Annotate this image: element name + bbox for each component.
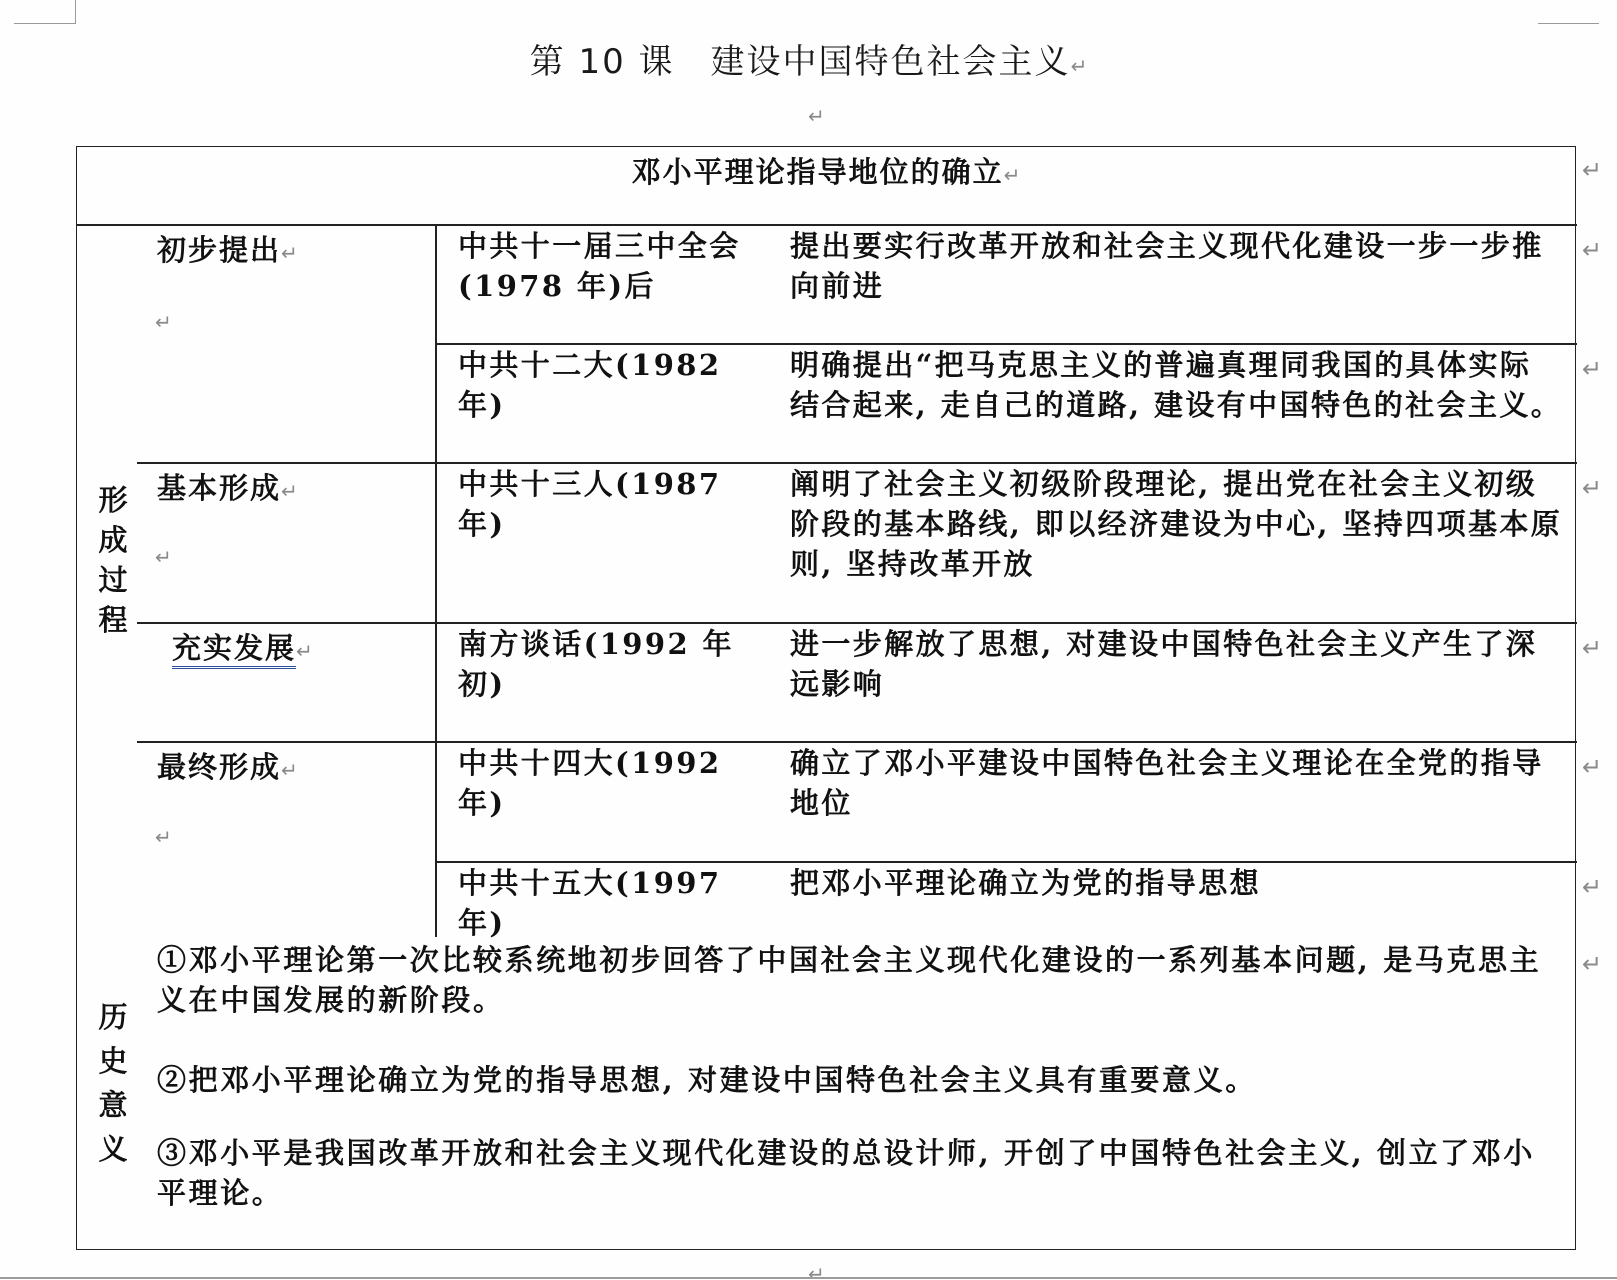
stage-label-enrich: 充实发展↵ bbox=[172, 626, 313, 667]
label-char: 意 bbox=[95, 1083, 131, 1127]
event-cell: 中共十三人(1987 年) bbox=[458, 464, 778, 544]
stage-text: 充实发展 bbox=[172, 631, 296, 669]
row-end-mark-icon: ↵ bbox=[1582, 355, 1602, 383]
event-cell: 南方谈话(1992 年初) bbox=[458, 624, 778, 704]
stage-text: 最终形成 bbox=[157, 750, 281, 784]
stage-text: 基本形成 bbox=[157, 471, 281, 505]
event-cell: 中共十四大(1992 年) bbox=[458, 743, 778, 823]
significance-item: ②把邓小平理论确立为党的指导思想, 对建设中国特色社会主义具有重要意义。 bbox=[157, 1060, 1577, 1100]
table-column-divider bbox=[435, 224, 437, 937]
row-end-mark-icon: ↵ bbox=[1582, 634, 1602, 662]
section-label-significance: 历 史 意 义 bbox=[95, 995, 131, 1171]
content-cell: 把邓小平理论确立为党的指导思想 bbox=[790, 863, 1580, 903]
content-cell: 确立了邓小平建设中国特色社会主义理论在全党的指导 地位 bbox=[790, 743, 1580, 823]
section-label-formation: 形 成 过 程 bbox=[95, 480, 131, 640]
row-end-mark-icon: ↵ bbox=[1582, 236, 1602, 264]
label-char: 历 bbox=[95, 995, 131, 1039]
paragraph-mark-icon: ↵ bbox=[155, 825, 172, 849]
crop-mark-top-right-horizontal bbox=[1538, 23, 1599, 24]
label-char: 史 bbox=[95, 1039, 131, 1083]
crop-mark-top-left-vertical bbox=[75, 0, 76, 23]
document-title-text: 第 10 课 建设中国特色社会主义 bbox=[530, 42, 1071, 82]
label-char: 形 bbox=[95, 480, 131, 520]
row-end-mark-icon: ↵ bbox=[1582, 753, 1602, 781]
label-char: 过 bbox=[95, 560, 131, 600]
paragraph-mark-icon: ↵ bbox=[281, 241, 298, 265]
event-cell: 中共十一届三中全会 (1978 年)后 bbox=[458, 226, 778, 306]
label-char: 程 bbox=[95, 600, 131, 640]
paragraph-mark-icon: ↵ bbox=[808, 104, 825, 128]
stage-label-basic: 基本形成↵ bbox=[157, 466, 298, 507]
label-char: 义 bbox=[95, 1127, 131, 1171]
stage-text: 初步提出 bbox=[157, 233, 281, 267]
paragraph-mark-icon: ↵ bbox=[1004, 163, 1021, 187]
document-title: 第 10 课 建设中国特色社会主义↵ bbox=[0, 34, 1617, 83]
label-char: 成 bbox=[95, 520, 131, 560]
crop-mark-top-left-horizontal bbox=[14, 23, 76, 24]
row-end-mark-icon: ↵ bbox=[1582, 474, 1602, 502]
event-cell: 中共十五大(1997 年) bbox=[458, 863, 778, 943]
content-cell: 阐明了社会主义初级阶段理论, 提出党在社会主义初级 阶段的基本路线, 即以经济建… bbox=[790, 464, 1580, 584]
table-header: 邓小平理论指导地位的确立↵ bbox=[76, 150, 1576, 191]
table-header-text: 邓小平理论指导地位的确立 bbox=[632, 155, 1004, 189]
row-end-mark-icon: ↵ bbox=[1582, 873, 1602, 901]
page-bottom-edge bbox=[0, 1277, 1617, 1279]
event-cell: 中共十二大(1982 年) bbox=[458, 345, 778, 425]
paragraph-mark-icon: ↵ bbox=[281, 758, 298, 782]
paragraph-mark-icon: ↵ bbox=[155, 310, 172, 334]
content-cell: 进一步解放了思想, 对建设中国特色社会主义产生了深 远影响 bbox=[790, 624, 1580, 704]
paragraph-mark-icon: ↵ bbox=[281, 479, 298, 503]
stage-label-final: 最终形成↵ bbox=[157, 745, 298, 786]
paragraph-mark-icon: ↵ bbox=[155, 545, 172, 569]
row-end-mark-icon: ↵ bbox=[1582, 950, 1602, 978]
stage-label-initial: 初步提出↵ bbox=[157, 228, 298, 269]
row-end-mark-icon: ↵ bbox=[1582, 156, 1602, 184]
paragraph-mark-icon: ↵ bbox=[1071, 54, 1088, 78]
content-cell: 提出要实行改革开放和社会主义现代化建设一步一步推 向前进 bbox=[790, 226, 1580, 306]
significance-item: ①邓小平理论第一次比较系统地初步回答了中国社会主义现代化建设的一系列基本问题, … bbox=[157, 940, 1577, 1020]
paragraph-mark-icon: ↵ bbox=[296, 639, 313, 663]
content-cell: 明确提出“把马克思主义的普遍真理同我国的具体实际 结合起来, 走自己的道路, 建… bbox=[790, 345, 1580, 425]
significance-item: ③邓小平是我国改革开放和社会主义现代化建设的总设计师, 开创了中国特色社会主义,… bbox=[157, 1133, 1577, 1213]
